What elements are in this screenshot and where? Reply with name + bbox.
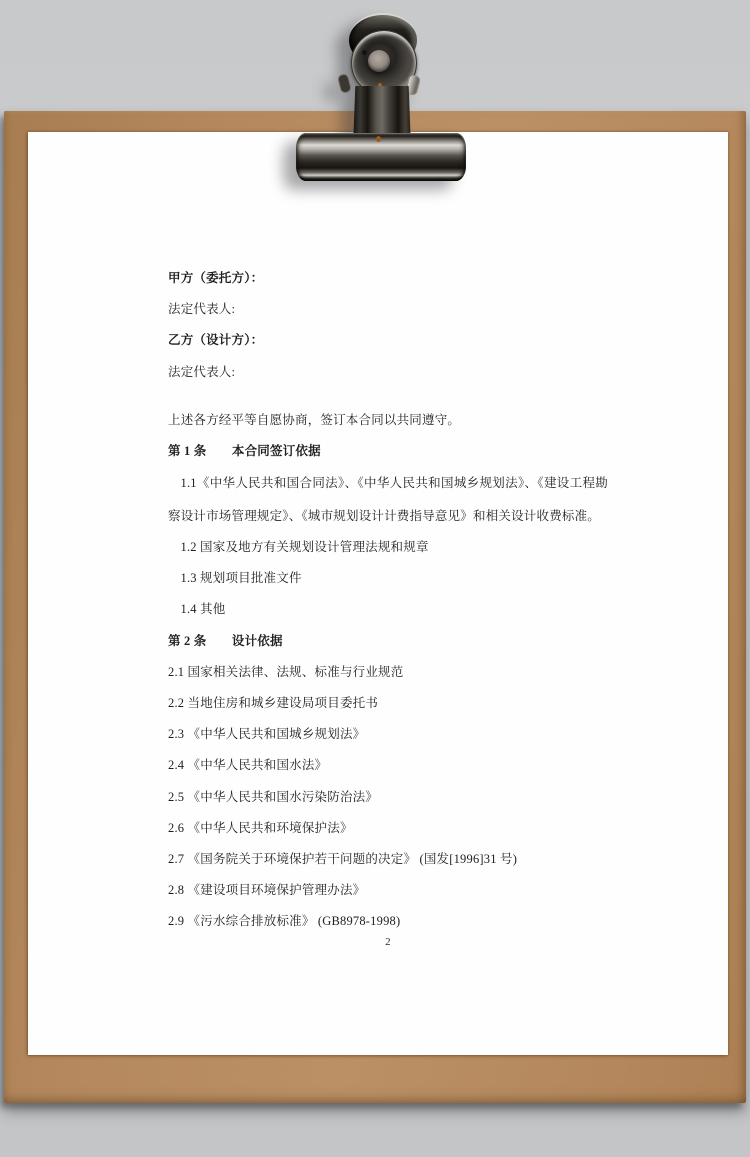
clause-2-5: 2.5 《中华人民共和国水污染防治法》 [168,782,608,813]
clip-neck-rust-spot-icon [376,136,381,142]
clip-knob-rivet-icon [362,50,367,55]
clipboard-board: 甲方（委托方）： 法定代表人: 乙方（设计方）： 法定代表人: 上述各方经平等自… [4,111,746,1103]
party-b-heading: 乙方（设计方）： [168,325,608,356]
intro-line: 上述各方经平等自愿协商，签订本合同以共同遵守。 [168,405,608,436]
legal-rep-line: 法定代表人: [168,294,608,325]
clause-2-4: 2.4 《中华人民共和国水法》 [168,750,608,781]
clause-2-2: 2.2 当地住房和城乡建设局项目委托书 [168,688,608,719]
clip-knob-hole-icon [368,50,390,72]
binder-clip [287,8,469,184]
article-2-heading: 第 2 条 设计依据 [168,626,608,657]
clause-1-3: 1.3 规划项目批准文件 [168,563,608,594]
clause-1-2: 1.2 国家及地方有关规划设计管理法规和规章 [168,532,608,563]
clause-1-4: 1.4 其他 [168,594,608,625]
clause-2-6: 2.6 《中华人民共和环境保护法》 [168,813,608,844]
clip-jaw-bar-icon [296,133,466,181]
clause-1-1: 1.1《中华人民共和国合同法》、《中华人民共和国城乡规划法》、《建设工程勘察设计… [168,467,608,532]
document-content: 甲方（委托方）： 法定代表人: 乙方（设计方）： 法定代表人: 上述各方经平等自… [168,263,608,952]
document-page: 甲方（委托方）： 法定代表人: 乙方（设计方）： 法定代表人: 上述各方经平等自… [28,132,728,1055]
party-a-heading: 甲方（委托方）： [168,263,608,294]
clause-2-3: 2.3 《中华人民共和国城乡规划法》 [168,719,608,750]
clause-2-1: 2.1 国家相关法律、法规、标准与行业规范 [168,657,608,688]
clip-spring-ear-left-icon [337,73,352,94]
clause-2-8: 2.8 《建设项目环境保护管理办法》 [168,875,608,906]
clause-2-7: 2.7 《国务院关于环境保护若干问题的决定》 (国发[1996]31 号) [168,844,608,875]
article-1-heading: 第 1 条 本合同签订依据 [168,436,608,467]
legal-rep-line: 法定代表人: [168,357,608,388]
